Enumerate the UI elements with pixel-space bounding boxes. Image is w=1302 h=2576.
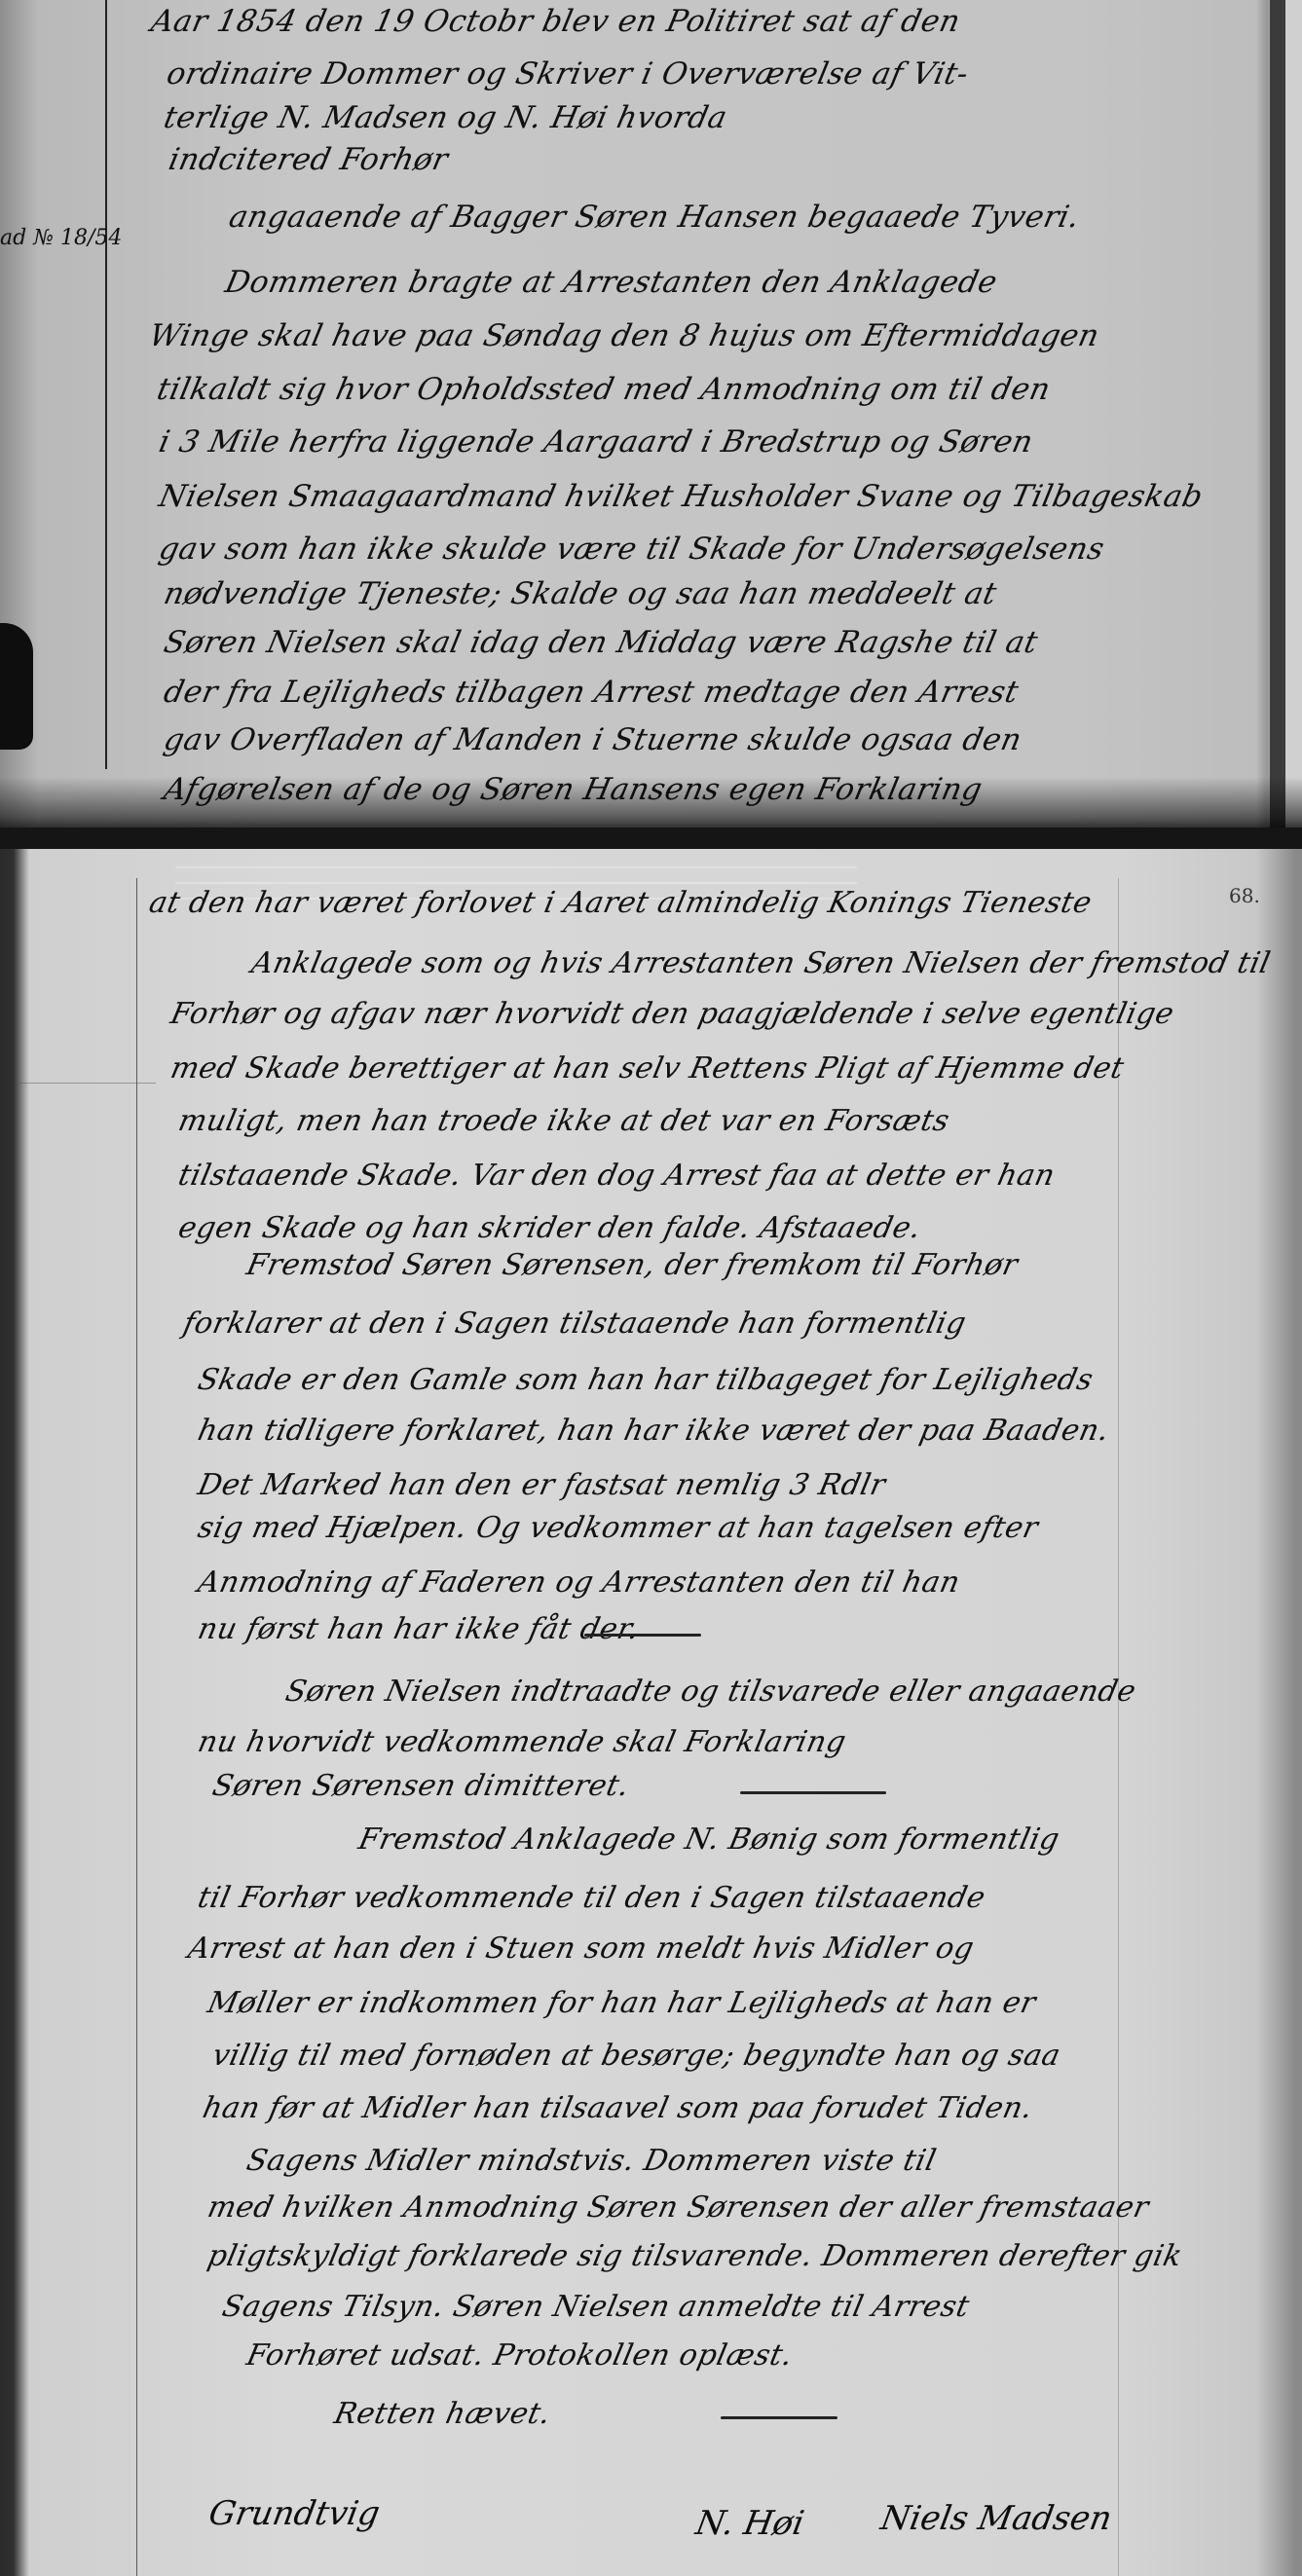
text-line: indcitered Forhør	[166, 142, 452, 177]
text-line: gav Overfladen af Manden i Stuerne skuld…	[161, 722, 1025, 757]
dash-rule	[721, 2416, 837, 2419]
text-line: muligt, men han troede ikke at det var e…	[175, 1104, 952, 1138]
margin-rule-right	[1118, 878, 1119, 2576]
text-line: gav som han ikke skulde være til Skade f…	[156, 532, 1107, 567]
text-line: i 3 Mile herfra liggende Aargaard i Bred…	[156, 424, 1036, 460]
thumb-shadow	[0, 623, 33, 750]
text-line: Møller er indkommen for han har Lejlighe…	[205, 1986, 1039, 2020]
text-line: Det Marked han den er fastsat nemlig 3 R…	[195, 1468, 889, 1502]
text-line: Skade er den Gamle som han har tilbagege…	[195, 1363, 1097, 1397]
text-line: Dommeren bragte at Arrestanten den Ankla…	[222, 265, 1000, 300]
text-line: Forhøret udsat. Protokollen oplæst.	[243, 2338, 796, 2373]
text-line: han før at Midler han tilsaavel som paa …	[200, 2091, 1036, 2125]
text-line: Afgørelsen af de og Søren Hansens egen F…	[161, 772, 986, 807]
text-line: Anmodning af Faderen og Arrestanten den …	[195, 1565, 963, 1600]
text-line: angaaende af Bagger Søren Hansen begaaed…	[226, 200, 1083, 235]
binding-shadow	[1270, 0, 1285, 835]
page-edge	[1285, 0, 1302, 835]
text-line: Søren Nielsen skal idag den Middag være …	[161, 625, 1041, 660]
text-line: at den har været forlovet i Aaret almind…	[146, 886, 1095, 920]
text-line: Fremstod Anklagede N. Bønig som formentl…	[355, 1822, 1062, 1857]
text-line: tilstaaende Skade. Var den dog Arrest fa…	[175, 1159, 1059, 1193]
text-line: forklarer at den i Sagen tilstaaende han…	[180, 1306, 969, 1341]
text-line: til Forhør vedkommende til den i Sagen t…	[195, 1881, 988, 1915]
page-scan-top: ad № 18/54 Aar 1854 den 19 Octobr blev e…	[0, 0, 1302, 835]
text-line: han tidligere forklaret, han har ikke væ…	[195, 1414, 1112, 1448]
text-line: nu hvorvidt vedkommende skal Forklaring	[195, 1725, 849, 1759]
text-line: Søren Nielsen indtraadte og tilsvarede e…	[282, 1674, 1139, 1709]
text-line: Fremstod Søren Sørensen, der fremkom til…	[243, 1248, 1021, 1282]
signature-madsen: Niels Madsen	[877, 2499, 1114, 2538]
fold-crease	[19, 1083, 156, 1084]
text-line: Anklagede som og hvis Arrestanten Søren …	[248, 946, 1274, 980]
text-line: villig til med fornøden at besørge; begy…	[209, 2039, 1063, 2073]
text-line: terlige N. Madsen og N. Høi hvorda	[161, 100, 730, 135]
text-line: med Skade berettiger at han selv Rettens…	[167, 1051, 1127, 1086]
signature-hoi: N. Høi	[692, 2504, 806, 2543]
dash-rule	[584, 1634, 701, 1637]
text-line: Retten hævet.	[331, 2397, 554, 2431]
text-line: Sagens Tilsyn. Søren Nielsen anmeldte ti…	[219, 2290, 973, 2324]
page-number: 68.	[1229, 884, 1260, 907]
text-line: Sagens Midler mindstvis. Dommeren viste …	[243, 2144, 940, 2178]
text-line: Aar 1854 den 19 Octobr blev en Politiret…	[148, 4, 963, 39]
margin-rule	[105, 0, 107, 769]
text-line: tilkaldt sig hvor Opholdssted med Anmodn…	[154, 372, 1054, 407]
text-line: Forhør og afgav nær hvorvidt den paagjæl…	[167, 997, 1177, 1031]
text-line: pligtskyldigt forklarede sig tilsvarende…	[205, 2239, 1185, 2273]
page-scan-bottom: 68. at den har været forlovet i Aaret al…	[0, 849, 1302, 2576]
signature-left: Grundtvig	[205, 2494, 383, 2533]
text-line: ordinaire Dommer og Skriver i Overværels…	[164, 56, 972, 92]
dash-rule	[740, 1791, 886, 1794]
text-line: nu først han har ikke fåt der.	[195, 1612, 643, 1646]
text-line: der fra Lejligheds tilbagen Arrest medta…	[161, 675, 1022, 710]
margin-case-number: ad № 18/54	[0, 226, 122, 250]
text-line: sig med Hjælpen. Og vedkommer at han tag…	[195, 1511, 1041, 1545]
margin-rule	[136, 878, 137, 2576]
text-line: Søren Sørensen dimitteret.	[209, 1769, 632, 1803]
text-line: Nielsen Smaagaardmand hvilket Husholder …	[156, 479, 1207, 514]
text-line: egen Skade og han skrider den falde. Afs…	[175, 1211, 924, 1245]
text-line: Arrest at han den i Stuen som meldt hvis…	[185, 1932, 977, 1966]
text-line: med hvilken Anmodning Søren Sørensen der…	[205, 2190, 1152, 2225]
text-line: Winge skal have paa Søndag den 8 hujus o…	[146, 318, 1102, 353]
text-line: nødvendige Tjeneste; Skalde og saa han m…	[161, 576, 1000, 611]
